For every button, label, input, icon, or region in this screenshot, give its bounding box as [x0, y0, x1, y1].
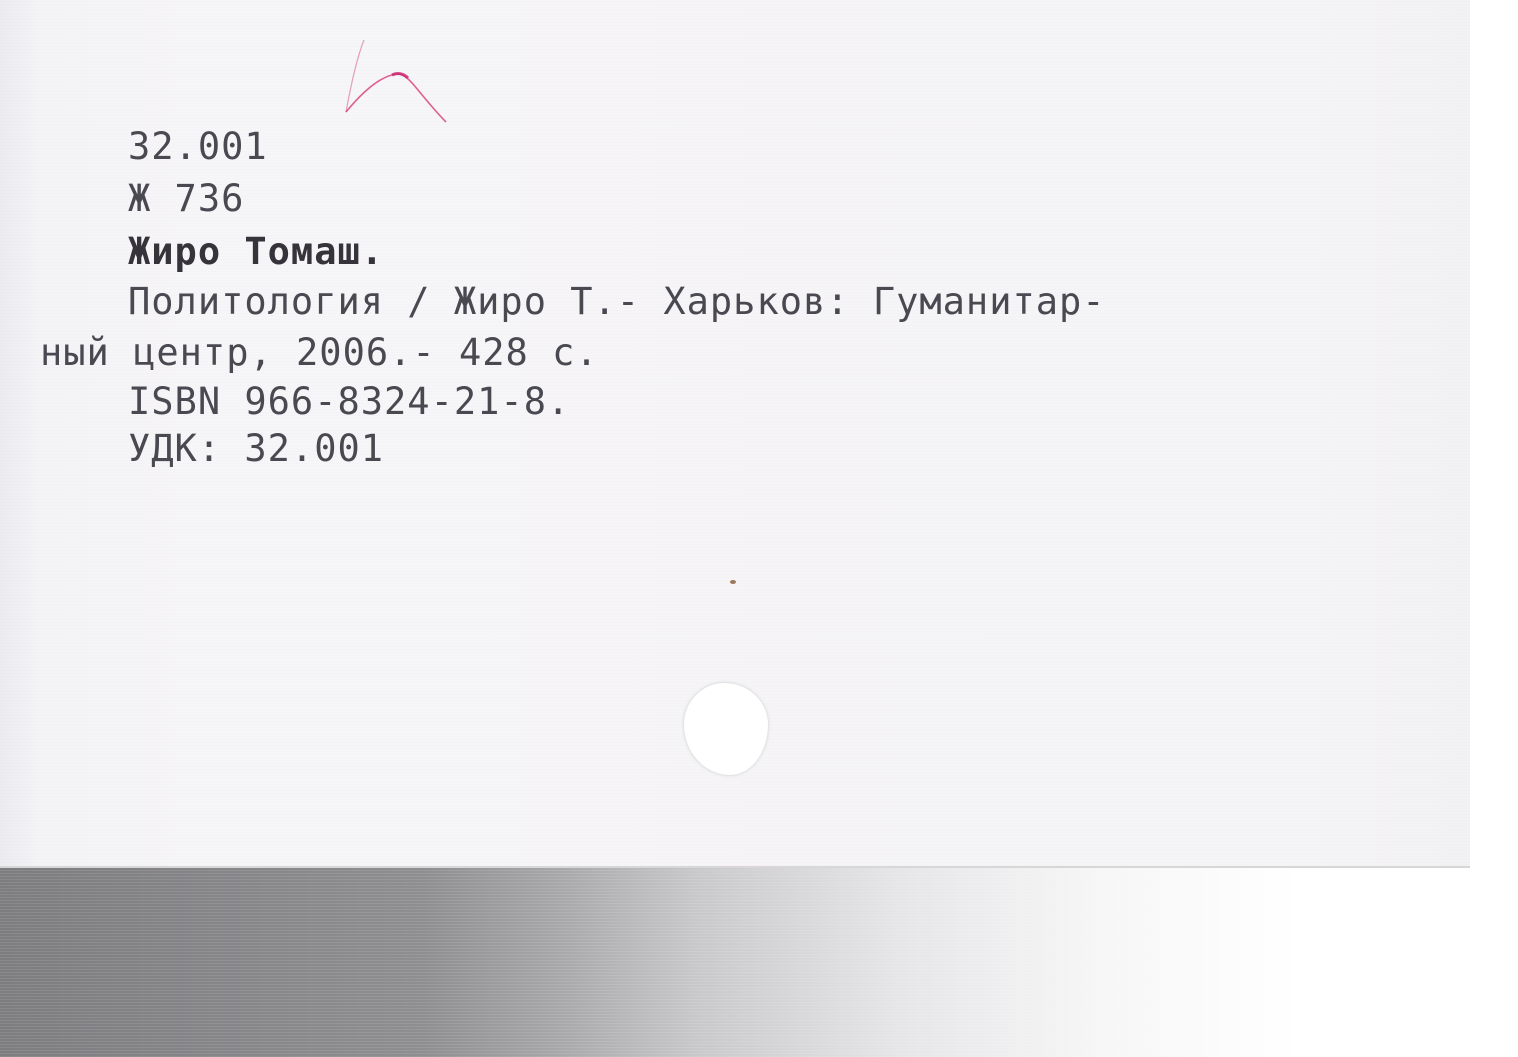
scanner-margin	[1470, 0, 1518, 866]
card-bottom-edge	[0, 866, 1470, 868]
isbn: ISBN 966-8324-21-8.	[128, 383, 570, 420]
paper-speck	[730, 580, 736, 584]
author-mark: Ж 736	[128, 180, 244, 217]
title-line-2: ный центр, 2006.- 428 с.	[40, 334, 599, 371]
scanner-platen	[0, 866, 1518, 1057]
udc-code: УДК: 32.001	[128, 430, 384, 467]
pen-mark-icon	[330, 40, 470, 130]
title-line-1: Политология / Жиро Т.- Харьков: Гуманита…	[128, 283, 1106, 320]
classification-number: 32.001	[128, 128, 268, 165]
scanned-catalog-card: 32.001 Ж 736 Жиро Томаш. Политология / Ж…	[0, 0, 1518, 1057]
author-heading: Жиро Томаш.	[128, 233, 384, 270]
